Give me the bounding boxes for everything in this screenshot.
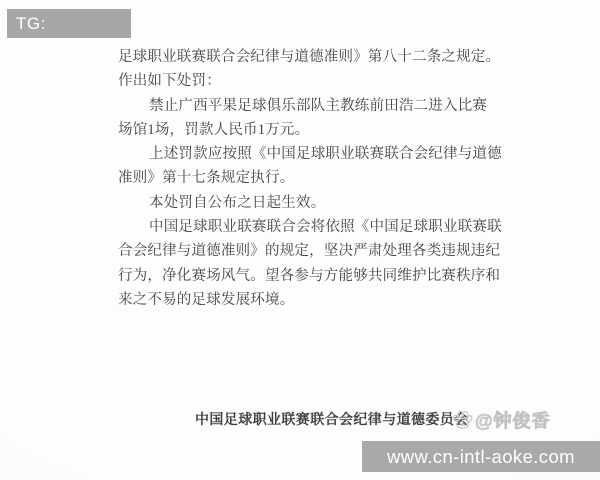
telegram-watermark-badge: TG: MYYJJPP (7, 9, 131, 38)
website-url-bar: www.cn-intl-aoke.com (362, 441, 600, 472)
baidu-paw-icon: du (452, 410, 473, 430)
document-line: 足球职业联赛联合会纪律与道德准则》第八十二条之规定。 (118, 45, 490, 69)
watermark-username: @钟俊香 (475, 407, 551, 433)
document-line: 来之不易的足球发展环境。 (118, 288, 490, 312)
document-line: 上述罚款应按照《中国足球职业联赛联合会纪律与道德 (118, 142, 490, 166)
document-body: 足球职业联赛联合会纪律与道德准则》第八十二条之规定。 作出如下处罚： 禁止广西平… (118, 45, 490, 312)
document-line: 作出如下处罚： (118, 69, 490, 93)
document-line: 合会纪律与道德准则》的规定，坚决严肃处理各类违规违纪 (118, 239, 490, 263)
document-line: 禁止广西平果足球俱乐部队主教练前田浩二进入比赛 (118, 94, 490, 118)
document-line: 准则》第十七条规定执行。 (118, 166, 490, 190)
document-line: 中国足球职业联赛联合会将依照《中国足球职业联赛联 (118, 215, 490, 239)
document-line: 本处罚自公布之日起生效。 (118, 191, 490, 215)
svg-text:du: du (460, 422, 466, 428)
document-line: 场馆1场，罚款人民币1万元。 (118, 118, 490, 142)
committee-signature: 中国足球职业联赛联合会纪律与道德委员会 (195, 409, 469, 429)
photo-watermark: du @钟俊香 (452, 407, 551, 433)
document-line: 行为，净化赛场风气。望各参与方能够共同维护比赛秩序和 (118, 264, 490, 288)
